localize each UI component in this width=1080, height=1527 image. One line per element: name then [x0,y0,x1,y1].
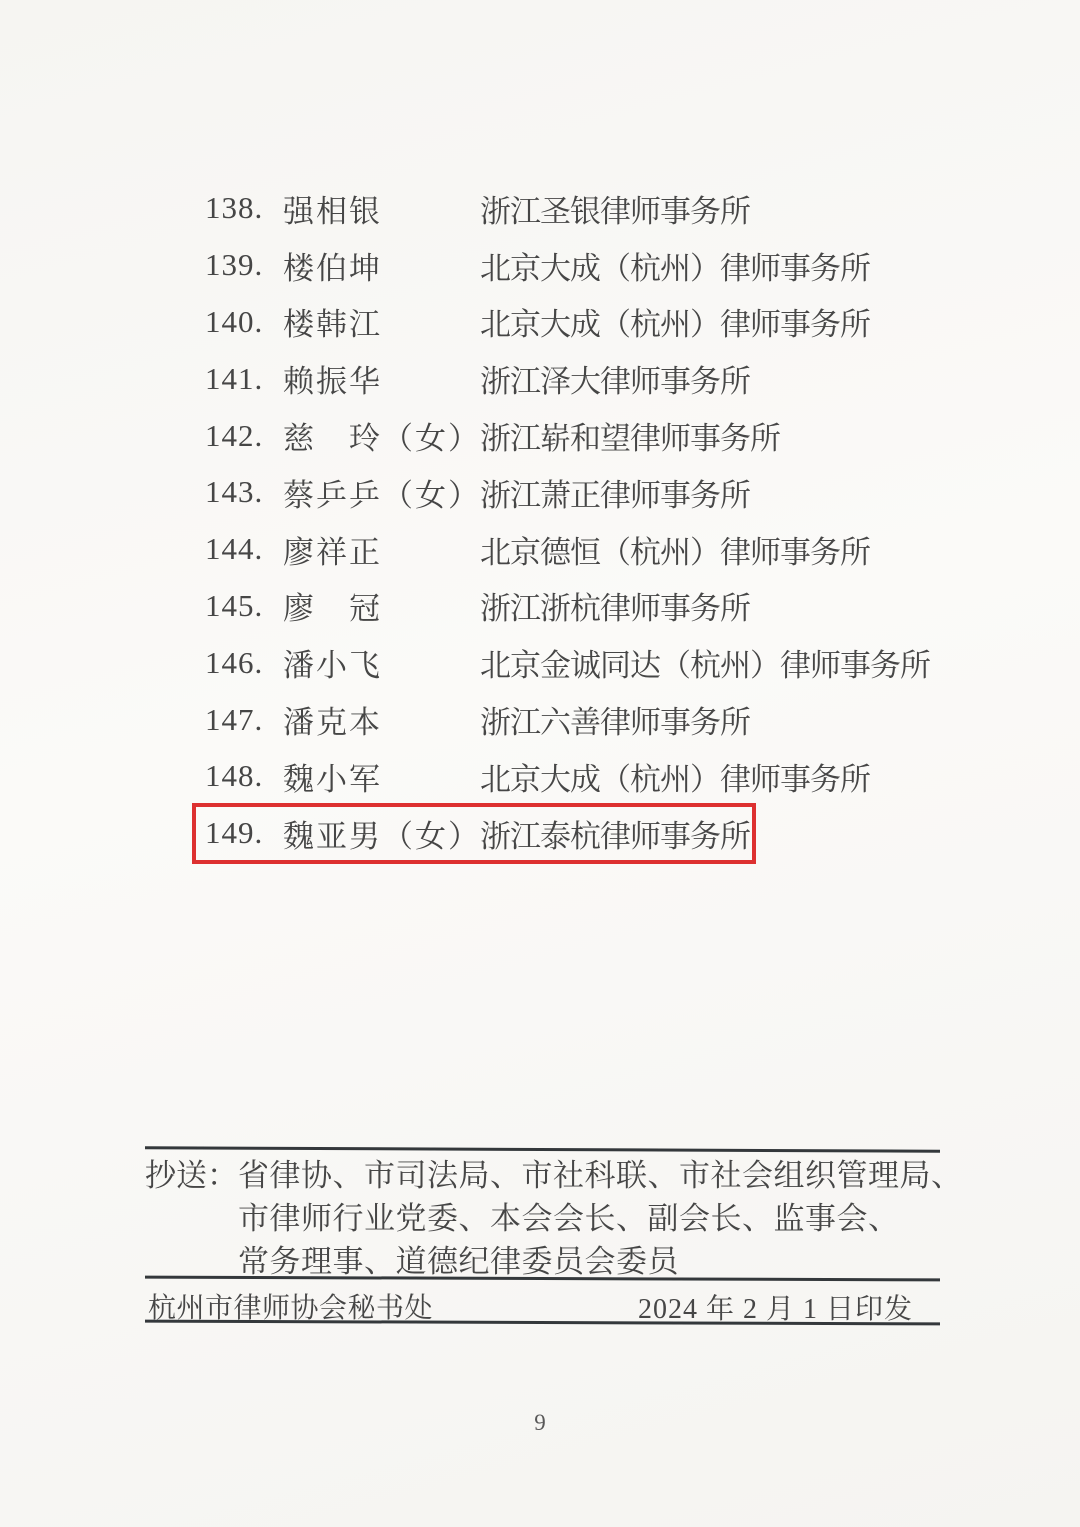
roster-row: 139.楼伯坤北京大成（杭州）律师事务所 [205,237,965,294]
roster-row-lawyer-name: 楼伯坤 [283,243,480,288]
roster-row-firm-name: 北京大成（杭州）律师事务所 [480,243,870,288]
roster-row-firm-name: 北京金诚同达（杭州）律师事务所 [480,640,930,685]
roster-row-lawyer-name: 廖 冠 [283,583,480,628]
roster-row: 142.慈 玲（女）浙江崭和望律师事务所 [205,407,965,464]
roster-row-firm-name: 浙江泽大律师事务所 [480,356,750,401]
roster-row-number: 147. [205,702,283,738]
roster-row-number: 138. [205,190,283,226]
cc-block: 抄送： 省律协、市司法局、市社科联、市社会组织管理局、市律师行业党委、本会会长、… [145,1154,945,1283]
page-number: 9 [0,1410,1080,1436]
roster-row-lawyer-name: 蔡乒乒（女） [283,470,480,515]
roster-row: 148.魏小军北京大成（杭州）律师事务所 [205,748,965,805]
roster-row-number: 140. [205,304,283,340]
roster-row-lawyer-name: 魏小军 [283,754,480,799]
roster-row-lawyer-name: 潘克本 [283,697,480,742]
roster-row-lawyer-name: 潘小飞 [283,640,480,685]
roster-row: 145.廖 冠浙江浙杭律师事务所 [205,578,965,635]
roster-row-firm-name: 浙江萧正律师事务所 [480,470,750,515]
roster-row: 141.赖振华浙江泽大律师事务所 [205,350,965,407]
cc-top-rule [145,1146,940,1152]
roster-row-number: 145. [205,588,283,624]
cc-label: 抄送： [145,1154,238,1197]
roster-row: 146.潘小飞北京金诚同达（杭州）律师事务所 [205,634,965,691]
roster-row-number: 146. [205,645,283,681]
cc-line: 市律师行业党委、本会会长、副会长、监事会、 [238,1197,963,1240]
roster-row-firm-name: 浙江浙杭律师事务所 [480,583,750,628]
document-page: 138.强相银浙江圣银律师事务所139.楼伯坤北京大成（杭州）律师事务所140.… [0,0,1080,1527]
highlight-box [192,803,756,864]
roster-row-firm-name: 浙江圣银律师事务所 [480,186,750,231]
cc-lines: 省律协、市司法局、市社科联、市社会组织管理局、市律师行业党委、本会会长、副会长、… [238,1154,963,1283]
roster-row-firm-name: 浙江崭和望律师事务所 [480,413,780,458]
roster-row-firm-name: 北京大成（杭州）律师事务所 [480,754,870,799]
roster-row-firm-name: 北京德恒（杭州）律师事务所 [480,527,870,572]
roster-row: 143.蔡乒乒（女）浙江萧正律师事务所 [205,464,965,521]
roster-row-number: 139. [205,247,283,283]
roster-row-lawyer-name: 赖振华 [283,356,480,401]
roster-row-lawyer-name: 廖祥正 [283,527,480,572]
roster-row: 138.强相银浙江圣银律师事务所 [205,180,965,237]
lawyer-roster: 138.强相银浙江圣银律师事务所139.楼伯坤北京大成（杭州）律师事务所140.… [205,180,965,862]
roster-row-number: 144. [205,531,283,567]
roster-row-number: 143. [205,474,283,510]
roster-row-number: 148. [205,758,283,794]
cc-line: 省律协、市司法局、市社科联、市社会组织管理局、 [238,1154,963,1197]
roster-row: 144.廖祥正北京德恒（杭州）律师事务所 [205,521,965,578]
roster-row: 147.潘克本浙江六善律师事务所 [205,691,965,748]
roster-row-number: 141. [205,361,283,397]
roster-row: 140.楼韩江北京大成（杭州）律师事务所 [205,294,965,351]
roster-row-firm-name: 浙江六善律师事务所 [480,697,750,742]
roster-row-lawyer-name: 慈 玲（女） [283,413,480,458]
roster-row-lawyer-name: 强相银 [283,186,480,231]
roster-row-lawyer-name: 楼韩江 [283,299,480,344]
roster-row-firm-name: 北京大成（杭州）律师事务所 [480,299,870,344]
roster-row-number: 142. [205,418,283,454]
